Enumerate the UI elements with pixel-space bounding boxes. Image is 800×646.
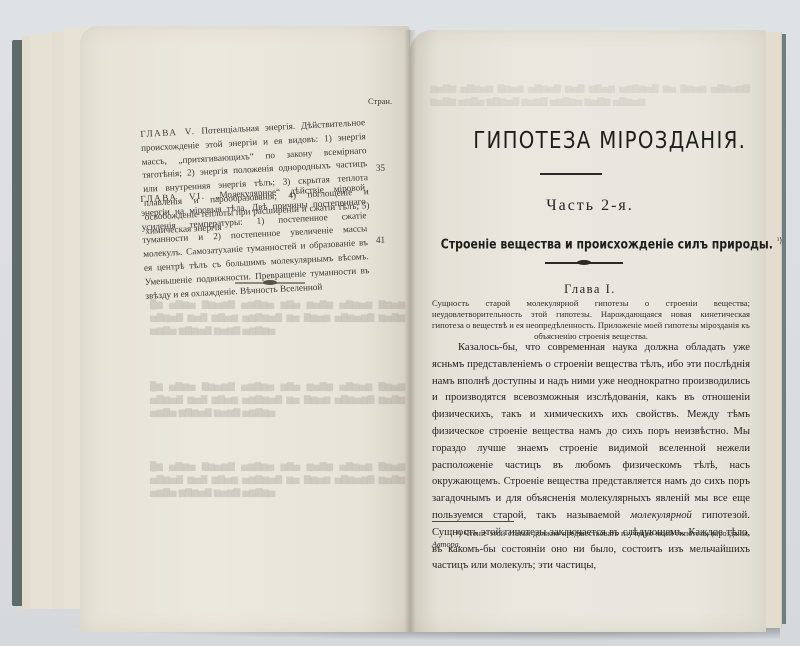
toc-page-column-header: Стран. (368, 96, 392, 106)
toc-entry-page-number: 35 (376, 163, 385, 173)
chapter-heading: Глава I. (420, 282, 760, 297)
part-subtitle: Строеніе вещества и происхожденіе силъ п… (441, 236, 743, 252)
footnote-rule (432, 521, 514, 522)
footnote-text: Чтеніе этой статьи должно предшествовать… (461, 529, 750, 538)
bleed-through-text: █▆ ▅▇▆▅ ▇▆▅▆▇ ▅▆▇▆▅ ▆▇▅ ▆▅▇▆ ▅▇▆▅▆ ▇▆▅▆ … (150, 298, 405, 337)
chapter-summary-text: Сущность старой молекулярной гипотезы о … (432, 298, 750, 330)
ornamental-divider (235, 282, 305, 284)
footnote-mark: ¹) (432, 529, 461, 538)
toc-entry-label: ГЛАВА VI. (140, 191, 206, 204)
title-rule (540, 173, 602, 175)
footnote-reference: ¹) (777, 236, 782, 245)
body-text-run: Казалось-бы, что современная наука должн… (432, 342, 750, 521)
book-gutter (404, 30, 416, 632)
chapter-summary: Сущность старой молекулярной гипотезы о … (432, 298, 750, 342)
article-title: ГИПОТЕЗА МІРОЗДАНІЯ. (473, 128, 697, 154)
bleed-through-text: █▆ ▅▇▆▅ ▇▆▅▆▇ ▅▆▇▆▅ ▆▇▅ ▆▅▇▆ ▅▇▆▅▆ ▇▆▅▆ … (150, 460, 405, 499)
footnote-author: Автора. (432, 540, 461, 549)
toc-entry-chapter-6: ГЛАВА VI. „Молекулярное“ дѣйствіе мірово… (140, 181, 370, 303)
body-emphasis: молекулярной (630, 510, 691, 521)
bleed-through-text: ▆▅▇▆ ▅▇▆▅▆ ▇▆▅▆ ▅▇▆▅▇ ▆▅▇ ▆▇▅▆ ▅▆▇▆▅▇ ▆▅… (430, 82, 750, 108)
bleed-through-text: █▆ ▅▇▆▅ ▇▆▅▆▇ ▅▆▇▆▅ ▆▇▅ ▆▅▇▆ ▅▇▆▅▆ ▇▆▅▆ … (150, 380, 405, 419)
toc-entry-page-number: 41 (376, 235, 385, 245)
part-subtitle-text: Строеніе вещества и происхожденіе силъ п… (441, 237, 773, 252)
ornamental-divider (545, 262, 623, 264)
part-heading: Часть 2-я. (420, 197, 760, 215)
toc-entry-label: ГЛАВА V. (140, 126, 196, 139)
footnote: ¹) Чтеніе этой статьи должно предшествов… (432, 528, 750, 550)
